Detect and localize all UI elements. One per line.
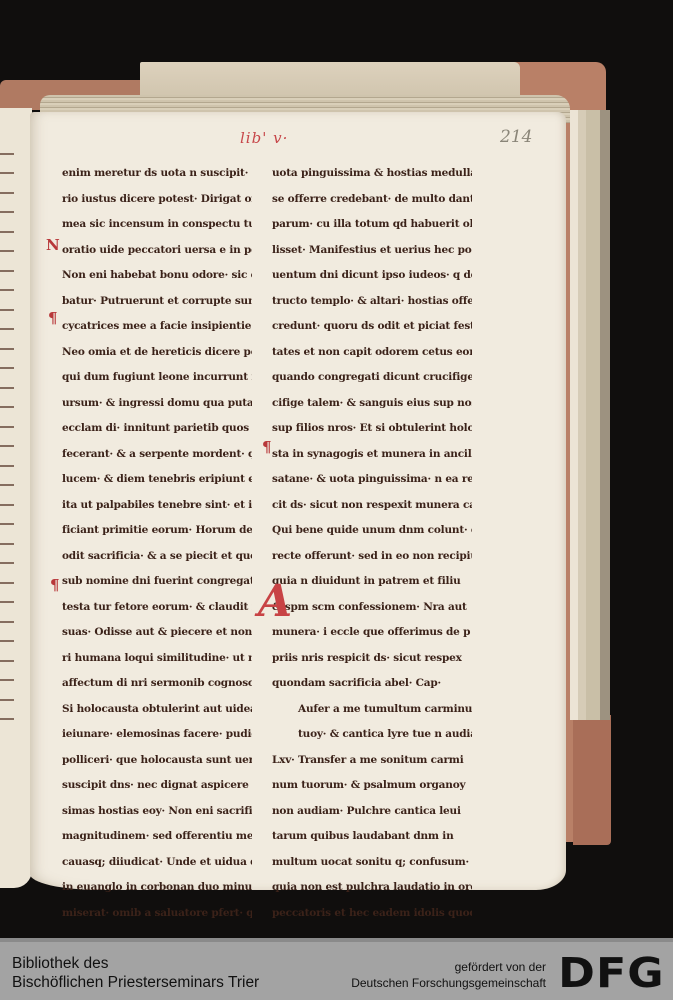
text-line: enim meretur ds uota n suscipit· econt — [62, 161, 252, 187]
footer-banner: Bibliothek des Bischöflichen Priestersem… — [0, 938, 673, 1000]
text-line: sta in synagogis et munera in ancillis — [272, 442, 472, 468]
text-line: Qui bene quide unum dnm colunt· et — [272, 518, 472, 544]
text-line: Aufer a me tumultum carminum — [272, 697, 472, 723]
manuscript-scan: lib' v· 214 enim meretur ds uota n susci… — [0, 0, 673, 938]
text-line: miserat· omib a saluatore pfert· qui — [62, 901, 252, 927]
paragraph-mark: ¶ — [48, 309, 58, 327]
dfg-logo: DFG — [558, 953, 665, 994]
text-line: simas hostias eoy· Non eni sacrificioy — [62, 799, 252, 825]
funding-line-1: gefördert von der — [351, 959, 546, 975]
text-column-right: uota pinguissima & hostias medullatas se… — [272, 161, 472, 926]
text-line: num tuorum· & psalmum organoy — [272, 773, 472, 799]
text-line: quando congregati dicunt crucifige cru — [272, 365, 472, 391]
text-line: ursum· & ingressi domu qua putant — [62, 391, 252, 417]
text-line: cifige talem· & sanguis eius sup nos et — [272, 391, 472, 417]
text-line: recte offerunt· sed in eo non recipiunt· — [272, 544, 472, 570]
text-line: parum· cu illa totum qd habuerit obtu — [272, 212, 472, 238]
text-line: testa tur fetore eorum· & claudit nares — [62, 595, 252, 621]
funding-credit: gefördert von der Deutschen Forschungsge… — [351, 959, 546, 991]
text-line: magnitudinem· sed offerentiu merita — [62, 824, 252, 850]
text-line: se offerre credebant· de multo dantes — [272, 187, 472, 213]
decorated-initial: A — [258, 580, 292, 624]
text-line: cit ds· sicut non respexit munera cain· — [272, 493, 472, 519]
text-line: Si holocausta obtulerint aut uideant — [62, 697, 252, 723]
text-line: sup filios nros· Et si obtulerint holoca… — [272, 416, 472, 442]
text-line: quia n diuidunt in patrem et filiu — [272, 569, 472, 595]
text-line: suscipit dns· nec dignat aspicere pingue… — [62, 773, 252, 799]
paragraph-mark: ¶ — [262, 438, 272, 456]
text-line: rio iustus dicere potest· Dirigat oratio — [62, 187, 252, 213]
text-line: uentum dni dicunt ipso iudeos· q des — [272, 263, 472, 289]
library-line-1: Bibliothek des — [12, 954, 259, 973]
text-line: satane· & uota pinguissima· n ea respi — [272, 467, 472, 493]
library-name: Bibliothek des Bischöflichen Priestersem… — [12, 954, 259, 992]
text-line: ecclam di· innitunt parietib quos ipsi — [62, 416, 252, 442]
text-line: non audiam· Pulchre cantica leui — [272, 799, 472, 825]
text-line: affectum di nri sermonib cognoscam· — [62, 671, 252, 697]
running-head: lib' v· — [240, 129, 288, 147]
text-line: in euanglo in corbonan duo minuta — [62, 875, 252, 901]
text-line: lucem· & diem tenebris eripiunt et calig… — [62, 467, 252, 493]
text-line: oratio uide peccatori uersa e in peccatu… — [62, 238, 252, 264]
text-line: ficiant primitie eorum· Horum deus — [62, 518, 252, 544]
text-line: batur· Putruerunt et corrupte sunt — [62, 289, 252, 315]
text-line: ita ut palpabiles tenebre sint· et inter — [62, 493, 252, 519]
text-line: ieiunare· elemosinas facere· pudicitia — [62, 722, 252, 748]
text-line: fecerant· & a serpente mordent· quoru — [62, 442, 252, 468]
verso-text-fragments — [0, 140, 22, 725]
text-line: polliceri· que holocausta sunt uera n ea — [62, 748, 252, 774]
text-line: priis nris respicit ds· sicut respex — [272, 646, 472, 672]
text-line: munera· i eccle que offerimus de p — [272, 620, 472, 646]
binding-leather-tab — [573, 715, 611, 845]
text-line: Neo omia et de hereticis dicere possumus… — [62, 340, 252, 366]
text-line: suas· Odisse aut & piecere et non odora — [62, 620, 252, 646]
page-edges-right — [570, 110, 610, 720]
text-line: peccatoris et hec eadem idolis quoq; — [272, 901, 472, 927]
text-line: quia non est pulchra laudatio in ore — [272, 875, 472, 901]
funding-line-2: Deutschen Forschungsgemeinschaft — [351, 975, 546, 991]
folio-number: 214 — [500, 127, 532, 147]
paragraph-mark: ¶ — [50, 576, 60, 594]
text-line: uota pinguissima & hostias medullatas — [272, 161, 472, 187]
text-line: cycatrices mee a facie insipientie mee· — [62, 314, 252, 340]
text-line: tarum quibus laudabant dnm in — [272, 824, 472, 850]
text-line: tuoy· & cantica lyre tue n audia· — [272, 722, 472, 748]
text-line: cauasq; diiudicat· Unde et uidua q — [62, 850, 252, 876]
library-line-2: Bischöflichen Priesterseminars Trier — [12, 973, 259, 992]
text-line: sub nomine dni fuerint congregati de — [62, 569, 252, 595]
text-line: ri humana loqui similitudine· ut no — [62, 646, 252, 672]
text-column-left: enim meretur ds uota n suscipit· econt r… — [62, 161, 252, 926]
text-line: lisset· Manifestius et uerius hec post a… — [272, 238, 472, 264]
text-line: Non eni habebat bonu odore· sic ore loqu… — [62, 263, 252, 289]
text-line: mea sic incensum in conspectu tuo· Que — [62, 212, 252, 238]
text-line: qui dum fugiunt leone incurrunt in — [62, 365, 252, 391]
text-line: & spm scm confessionem· Nra aut — [272, 595, 472, 621]
text-line: Lxv· Transfer a me sonitum carmi — [272, 748, 472, 774]
text-line: tructo templo· & altari· hostias offerre… — [272, 289, 472, 315]
text-line: odit sacrificia· & a se piecit et quotie… — [62, 544, 252, 570]
text-line: quondam sacrificia abel· Cap· — [272, 671, 472, 697]
text-line: credunt· quoru ds odit et piciat festiui — [272, 314, 472, 340]
text-line: multum uocat sonitu q; confusum· — [272, 850, 472, 876]
paragraph-mark: N — [46, 236, 60, 254]
text-line: tates et non capit odorem cetus eorum· — [272, 340, 472, 366]
